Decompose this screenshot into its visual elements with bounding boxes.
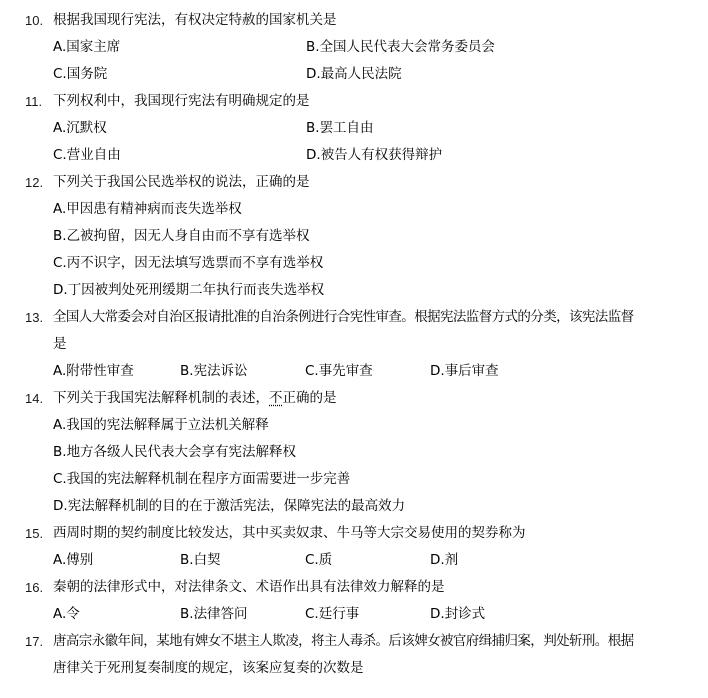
question-text: 唐高宗永徽年间，某地有婢女不堪主人欺凌，将主人毒杀。后该婢女被官府缉捕归案，判处… bbox=[53, 628, 634, 655]
option-label: A. bbox=[53, 120, 66, 136]
question-text: 下列关于我国宪法解释机制的表述，不正确的是 bbox=[53, 385, 337, 412]
option-label: B. bbox=[180, 363, 194, 379]
option-text: 事后审查 bbox=[445, 363, 499, 379]
question-number: 12. bbox=[25, 169, 43, 196]
option-label: C. bbox=[305, 552, 319, 568]
option-b[interactable]: B.全国人民代表大会常务委员会 bbox=[306, 34, 495, 61]
option-label: B. bbox=[180, 606, 194, 622]
option-d[interactable]: D.丁因被判处死刑缓期二年执行而丧失选举权 bbox=[53, 277, 324, 304]
option-text: 封诊式 bbox=[445, 606, 486, 622]
emphasis-mark: 不 bbox=[269, 390, 283, 406]
option-text: 丙不识字，因无法填写选票而不享有选举权 bbox=[67, 255, 324, 271]
option-label: C. bbox=[53, 471, 67, 487]
option-text: 廷行事 bbox=[319, 606, 360, 622]
option-text: 全国人民代表大会常务委员会 bbox=[320, 39, 496, 55]
option-label: C. bbox=[53, 147, 67, 163]
option-b[interactable]: B.乙被拘留，因无人身自由而不享有选举权 bbox=[53, 223, 310, 250]
option-a[interactable]: A.甲因患有精神病而丧失选举权 bbox=[53, 196, 242, 223]
option-text: 国务院 bbox=[67, 66, 108, 82]
option-text: 甲因患有精神病而丧失选举权 bbox=[66, 201, 242, 217]
option-text: 最高人民法院 bbox=[321, 66, 402, 82]
option-d[interactable]: D.封诊式 bbox=[430, 601, 485, 628]
question-text: 西周时期的契约制度比较发达，其中买卖奴隶、牛马等大宗交易使用的契券称为 bbox=[53, 520, 526, 547]
option-c[interactable]: C.事先审查 bbox=[305, 358, 373, 385]
option-text: 丁因被判处死刑缓期二年执行而丧失选举权 bbox=[68, 282, 325, 298]
option-label: C. bbox=[53, 255, 67, 271]
question-text: 秦朝的法律形式中，对法律条文、术语作出具有法律效力解释的是 bbox=[53, 574, 445, 601]
option-text: 事先审查 bbox=[319, 363, 373, 379]
option-text: 白契 bbox=[194, 552, 221, 568]
option-d[interactable]: D.被告人有权获得辩护 bbox=[306, 142, 442, 169]
option-b[interactable]: B.法律答问 bbox=[180, 601, 248, 628]
option-text: 被告人有权获得辩护 bbox=[321, 147, 443, 163]
question-number: 11. bbox=[25, 88, 42, 115]
option-text: 营业自由 bbox=[67, 147, 121, 163]
option-c[interactable]: C.廷行事 bbox=[305, 601, 359, 628]
option-label: A. bbox=[53, 417, 66, 433]
option-b[interactable]: B.宪法诉讼 bbox=[180, 358, 248, 385]
option-label: D. bbox=[53, 498, 68, 514]
option-label: B. bbox=[53, 228, 67, 244]
option-text: 宪法诉讼 bbox=[194, 363, 248, 379]
question-text: 是 bbox=[53, 336, 67, 352]
option-text: 我国的宪法解释机制在程序方面需要进一步完善 bbox=[67, 471, 351, 487]
question-number: 10. bbox=[25, 7, 43, 34]
question-10: 10. 根据我国现行宪法，有权决定特赦的国家机关是 bbox=[0, 7, 708, 34]
option-a[interactable]: A.附带性审查 bbox=[53, 358, 134, 385]
option-label: B. bbox=[306, 120, 320, 136]
option-d[interactable]: D.宪法解释机制的目的在于激活宪法，保障宪法的最高效力 bbox=[53, 493, 405, 520]
option-label: B. bbox=[53, 444, 67, 460]
option-text: 乙被拘留，因无人身自由而不享有选举权 bbox=[67, 228, 310, 244]
option-text: 附带性审查 bbox=[66, 363, 134, 379]
question-17-continuation: 唐律关于死刑复奏制度的规定，该案应复奏的次数是 bbox=[53, 655, 364, 682]
option-b[interactable]: B.地方各级人民代表大会享有宪法解释权 bbox=[53, 439, 296, 466]
question-text-part: 下列关于我国宪法解释机制的表述， bbox=[53, 390, 269, 406]
option-b[interactable]: B.白契 bbox=[180, 547, 221, 574]
option-c[interactable]: C.质 bbox=[305, 547, 332, 574]
option-label: B. bbox=[180, 552, 194, 568]
question-17: 17. 唐高宗永徽年间，某地有婢女不堪主人欺凌，将主人毒杀。后该婢女被官府缉捕归… bbox=[0, 628, 708, 655]
question-number: 13. bbox=[25, 304, 43, 331]
question-number: 16. bbox=[25, 574, 43, 601]
option-text: 剂 bbox=[445, 552, 459, 568]
option-label: A. bbox=[53, 39, 66, 55]
question-11: 11. 下列权利中，我国现行宪法有明确规定的是 bbox=[0, 88, 708, 115]
option-label: C. bbox=[305, 363, 319, 379]
option-label: C. bbox=[305, 606, 319, 622]
question-number: 15. bbox=[25, 520, 43, 547]
option-text: 令 bbox=[66, 606, 80, 622]
option-label: C. bbox=[53, 66, 67, 82]
option-c[interactable]: C.丙不识字，因无法填写选票而不享有选举权 bbox=[53, 250, 323, 277]
question-number: 14. bbox=[25, 385, 43, 412]
option-c[interactable]: C.我国的宪法解释机制在程序方面需要进一步完善 bbox=[53, 466, 350, 493]
option-a[interactable]: A.沉默权 bbox=[53, 115, 107, 142]
question-text: 根据我国现行宪法，有权决定特赦的国家机关是 bbox=[53, 7, 337, 34]
question-number: 17. bbox=[25, 628, 43, 655]
option-label: A. bbox=[53, 363, 66, 379]
option-label: A. bbox=[53, 552, 66, 568]
option-label: B. bbox=[306, 39, 320, 55]
option-a[interactable]: A.我国的宪法解释属于立法机关解释 bbox=[53, 412, 269, 439]
question-text: 全国人大常委会对自治区报请批准的自治条例进行合宪性审查。根据宪法监督方式的分类，… bbox=[53, 304, 634, 331]
option-text: 傅别 bbox=[66, 552, 93, 568]
option-c[interactable]: C.营业自由 bbox=[53, 142, 121, 169]
option-text: 宪法解释机制的目的在于激活宪法，保障宪法的最高效力 bbox=[68, 498, 406, 514]
question-12: 12. 下列关于我国公民选举权的说法，正确的是 bbox=[0, 169, 708, 196]
question-13-continuation: 是 bbox=[53, 331, 67, 358]
question-text-part: 正确的是 bbox=[283, 390, 337, 406]
option-text: 我国的宪法解释属于立法机关解释 bbox=[66, 417, 269, 433]
option-a[interactable]: A.傅别 bbox=[53, 547, 93, 574]
question-13: 13. 全国人大常委会对自治区报请批准的自治条例进行合宪性审查。根据宪法监督方式… bbox=[0, 304, 708, 331]
question-14: 14. 下列关于我国宪法解释机制的表述，不正确的是 bbox=[0, 385, 708, 412]
option-d[interactable]: D.事后审查 bbox=[430, 358, 499, 385]
option-label: D. bbox=[306, 147, 321, 163]
option-text: 地方各级人民代表大会享有宪法解释权 bbox=[67, 444, 297, 460]
option-b[interactable]: B.罢工自由 bbox=[306, 115, 374, 142]
question-text: 下列权利中，我国现行宪法有明确规定的是 bbox=[53, 88, 310, 115]
option-label: A. bbox=[53, 606, 66, 622]
option-d[interactable]: D.最高人民法院 bbox=[306, 61, 402, 88]
option-label: A. bbox=[53, 201, 66, 217]
option-text: 罢工自由 bbox=[320, 120, 374, 136]
question-15: 15. 西周时期的契约制度比较发达，其中买卖奴隶、牛马等大宗交易使用的契券称为 bbox=[0, 520, 708, 547]
option-text: 国家主席 bbox=[66, 39, 120, 55]
option-text: 质 bbox=[319, 552, 333, 568]
option-a[interactable]: A.令 bbox=[53, 601, 80, 628]
question-16: 16. 秦朝的法律形式中，对法律条文、术语作出具有法律效力解释的是 bbox=[0, 574, 708, 601]
option-c[interactable]: C.国务院 bbox=[53, 61, 107, 88]
option-text: 沉默权 bbox=[66, 120, 107, 136]
question-text: 唐律关于死刑复奏制度的规定，该案应复奏的次数是 bbox=[53, 660, 364, 676]
option-label: D. bbox=[430, 363, 445, 379]
option-label: D. bbox=[430, 606, 445, 622]
option-label: D. bbox=[306, 66, 321, 82]
option-d[interactable]: D.剂 bbox=[430, 547, 458, 574]
option-a[interactable]: A.国家主席 bbox=[53, 34, 120, 61]
option-label: D. bbox=[53, 282, 68, 298]
question-text: 下列关于我国公民选举权的说法，正确的是 bbox=[53, 169, 310, 196]
option-text: 法律答问 bbox=[194, 606, 248, 622]
option-label: D. bbox=[430, 552, 445, 568]
